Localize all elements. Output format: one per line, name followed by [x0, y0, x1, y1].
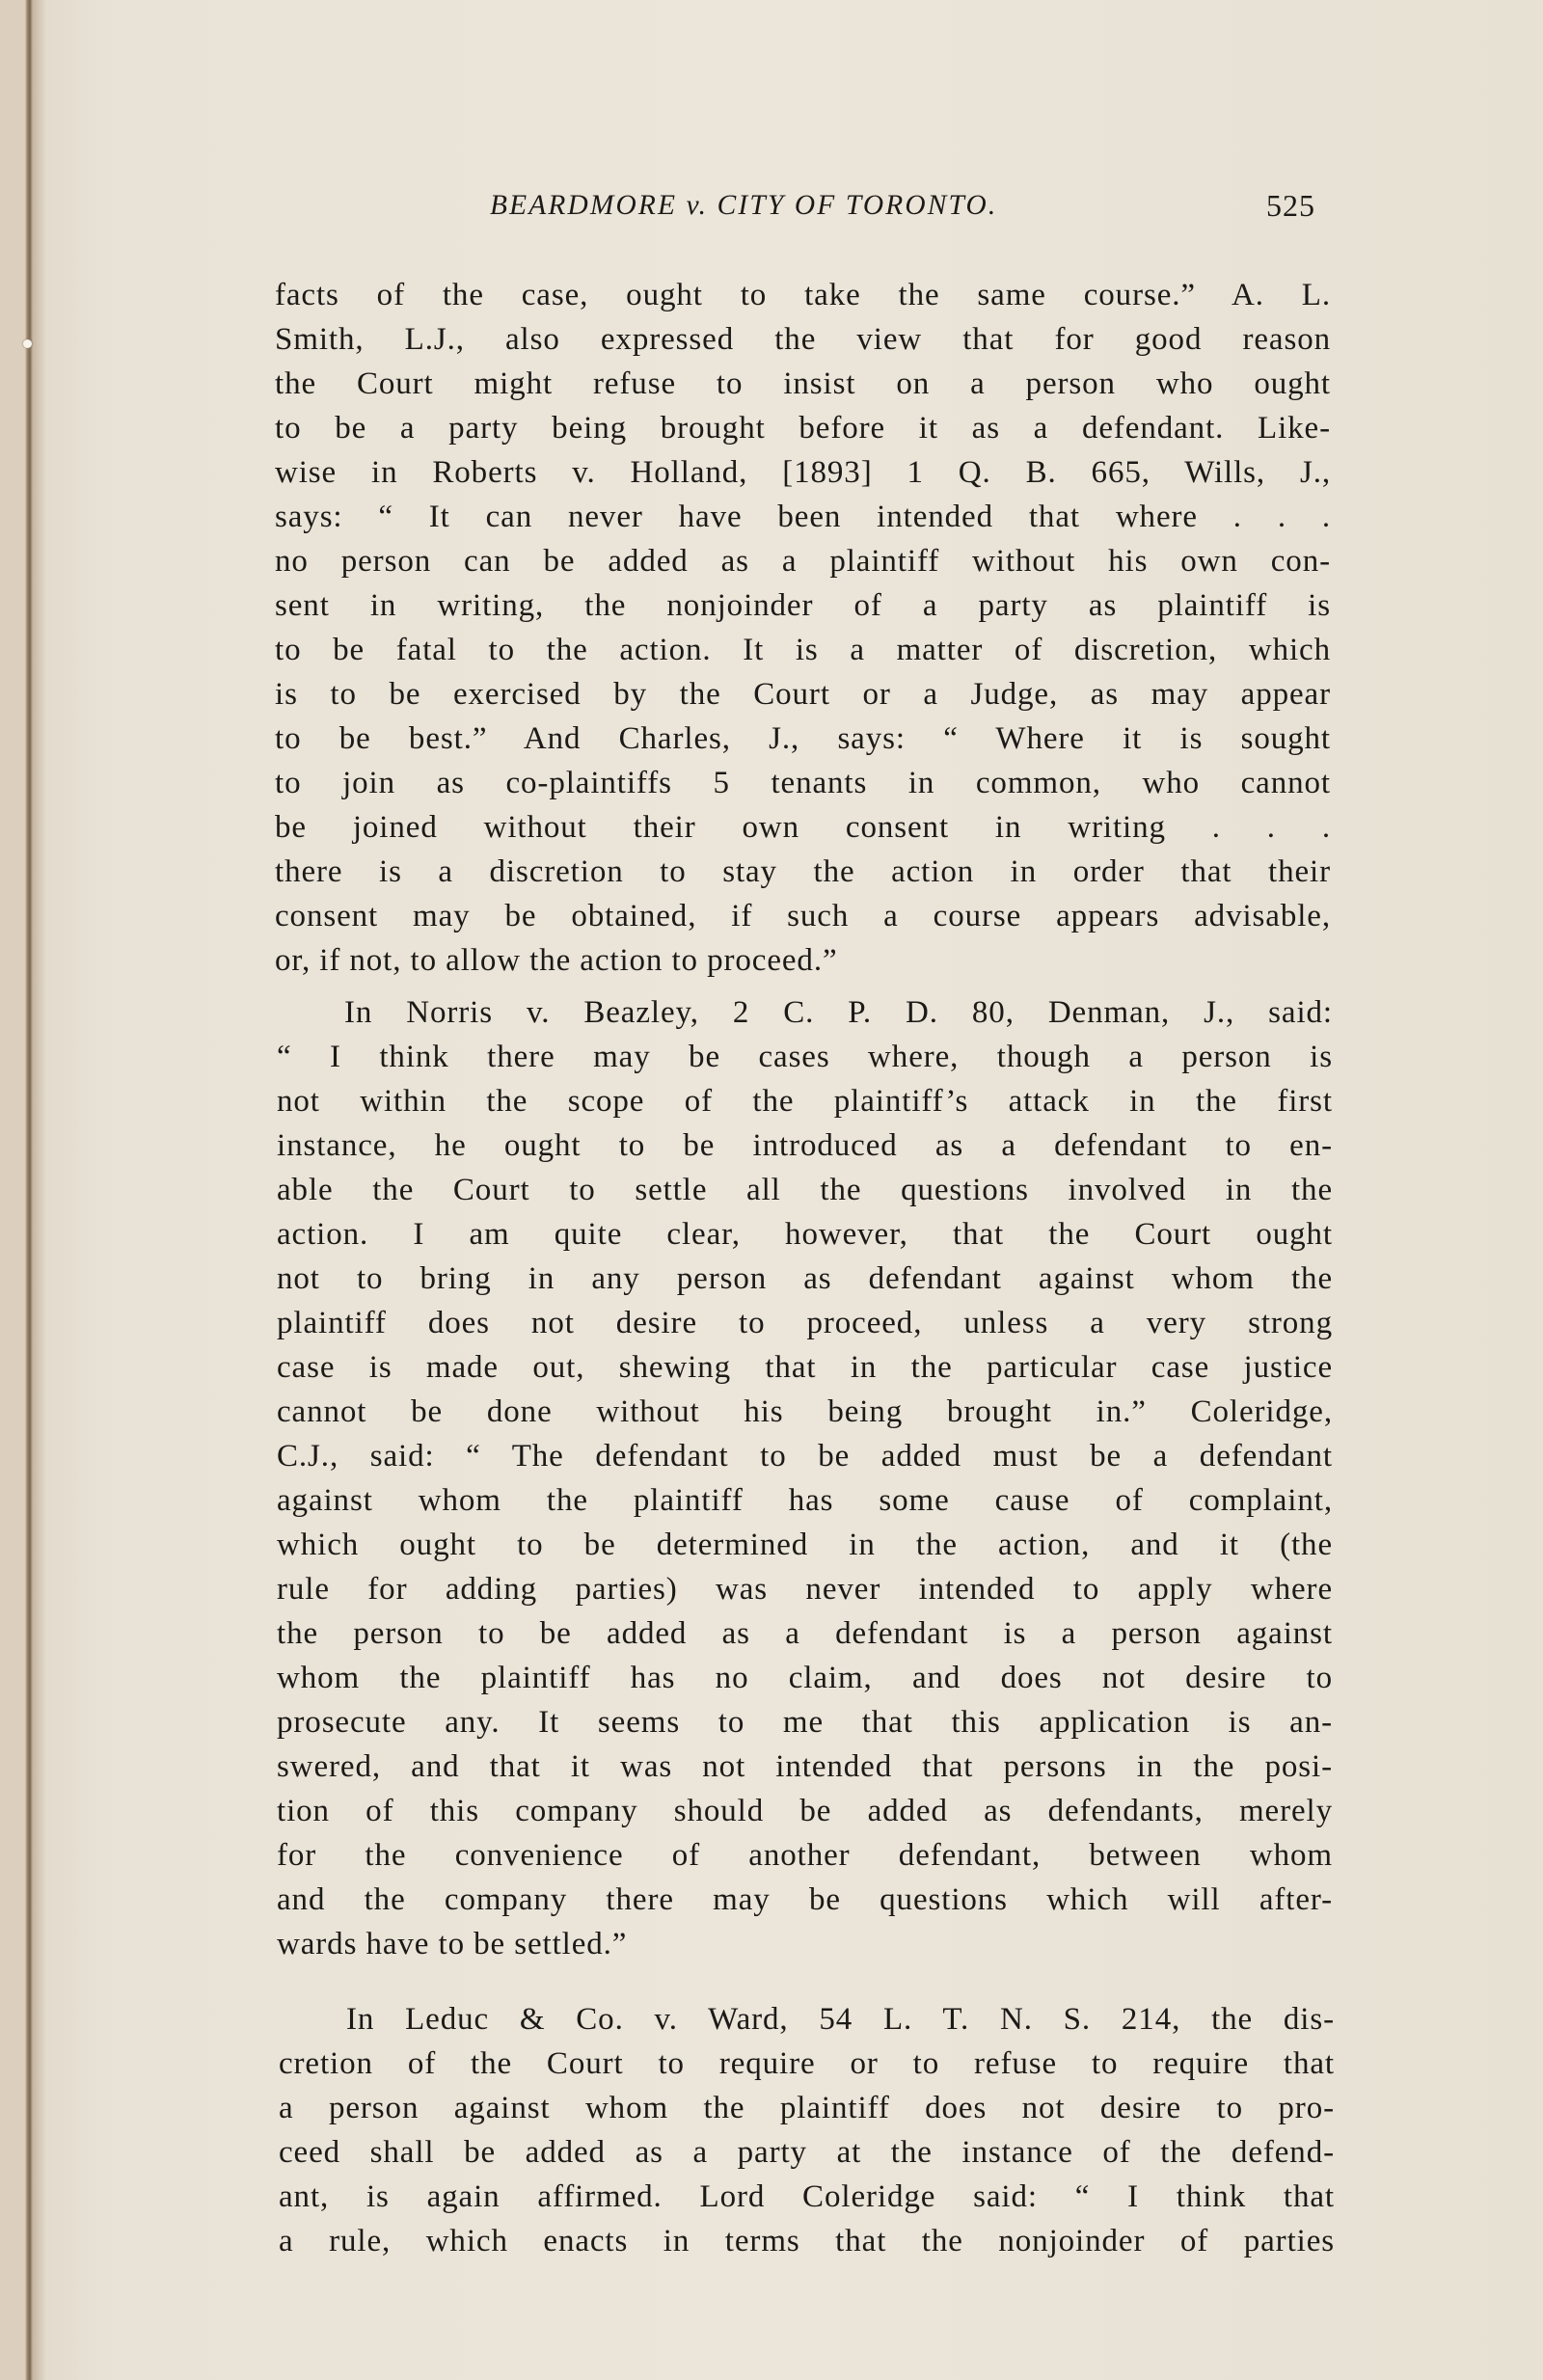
text-line: ceed shall be added as a party at the in…	[279, 2131, 1335, 2174]
text-line: action. I am quite clear, however, that …	[277, 1213, 1333, 1256]
text-line: C.J., said: “ The defendant to be added …	[277, 1435, 1333, 1477]
text-line: cretion of the Court to require or to re…	[279, 2042, 1335, 2085]
text-line: rule for adding parties) was never inten…	[277, 1568, 1333, 1610]
text-line: wise in Roberts v. Holland, [1893] 1 Q. …	[275, 451, 1331, 494]
text-line: be joined without their own consent in w…	[275, 806, 1331, 849]
text-line: to be a party being brought before it as…	[275, 407, 1331, 449]
text-line: a rule, which enacts in terms that the n…	[279, 2220, 1335, 2262]
text-line: there is a discretion to stay the action…	[275, 851, 1331, 893]
running-head-title: BEARDMORE v. CITY OF TORONTO.	[490, 189, 997, 222]
text-line: against whom the plaintiff has some caus…	[277, 1479, 1333, 1522]
text-line: Smith, L.J., also expressed the view tha…	[275, 318, 1331, 361]
text-line: or, if not, to allow the action to proce…	[275, 939, 1331, 982]
text-line: is to be exercised by the Court or a Jud…	[275, 673, 1331, 716]
text-line: plaintiff does not desire to proceed, un…	[277, 1302, 1333, 1344]
text-line: instance, he ought to be introduced as a…	[277, 1124, 1333, 1167]
text-line: wards have to be settled.”	[277, 1923, 1333, 1965]
text-line: In Norris v. Beazley, 2 C. P. D. 80, Den…	[344, 991, 1333, 1034]
text-line: “ I think there may be cases where, thou…	[277, 1036, 1333, 1078]
text-line: a person against whom the plaintiff does…	[279, 2087, 1335, 2129]
text-line: to be best.” And Charles, J., says: “ Wh…	[275, 717, 1331, 760]
text-line: facts of the case, ought to take the sam…	[275, 274, 1331, 316]
text-line: swered, and that it was not intended tha…	[277, 1745, 1333, 1788]
text-line: says: “ It can never have been intended …	[275, 496, 1331, 538]
text-line: case is made out, shewing that in the pa…	[277, 1346, 1333, 1389]
text-line: the Court might refuse to insist on a pe…	[275, 363, 1331, 405]
text-line: to join as co-plaintiffs 5 tenants in co…	[275, 762, 1331, 804]
text-line: consent may be obtained, if such a cours…	[275, 895, 1331, 937]
text-line: In Leduc & Co. v. Ward, 54 L. T. N. S. 2…	[346, 1998, 1335, 2041]
text-line: for the convenience of another defendant…	[277, 1834, 1333, 1877]
text-line: sent in writing, the nonjoinder of a par…	[275, 584, 1331, 627]
text-line: whom the plaintiff has no claim, and doe…	[277, 1657, 1333, 1699]
page-number: 525	[1266, 188, 1315, 224]
text-line: ant, is again affirmed. Lord Coleridge s…	[279, 2176, 1335, 2218]
text-line: cannot be done without his being brought…	[277, 1391, 1333, 1433]
binding-stitch-mark	[23, 339, 32, 348]
text-line: which ought to be determined in the acti…	[277, 1524, 1333, 1566]
book-page: BEARDMORE v. CITY OF TORONTO. 525 facts …	[0, 0, 1543, 2380]
text-line: not within the scope of the plaintiff’s …	[277, 1080, 1333, 1122]
text-line: no person can be added as a plaintiff wi…	[275, 540, 1331, 582]
text-line: and the company there may be questions w…	[277, 1879, 1333, 1921]
text-line: to be fatal to the action. It is a matte…	[275, 629, 1331, 671]
text-line: not to bring in any person as defendant …	[277, 1258, 1333, 1300]
text-line: prosecute any. It seems to me that this …	[277, 1701, 1333, 1744]
text-line: tion of this company should be added as …	[277, 1790, 1333, 1832]
text-line: able the Court to settle all the questio…	[277, 1169, 1333, 1211]
text-line: the person to be added as a defendant is…	[277, 1612, 1333, 1655]
